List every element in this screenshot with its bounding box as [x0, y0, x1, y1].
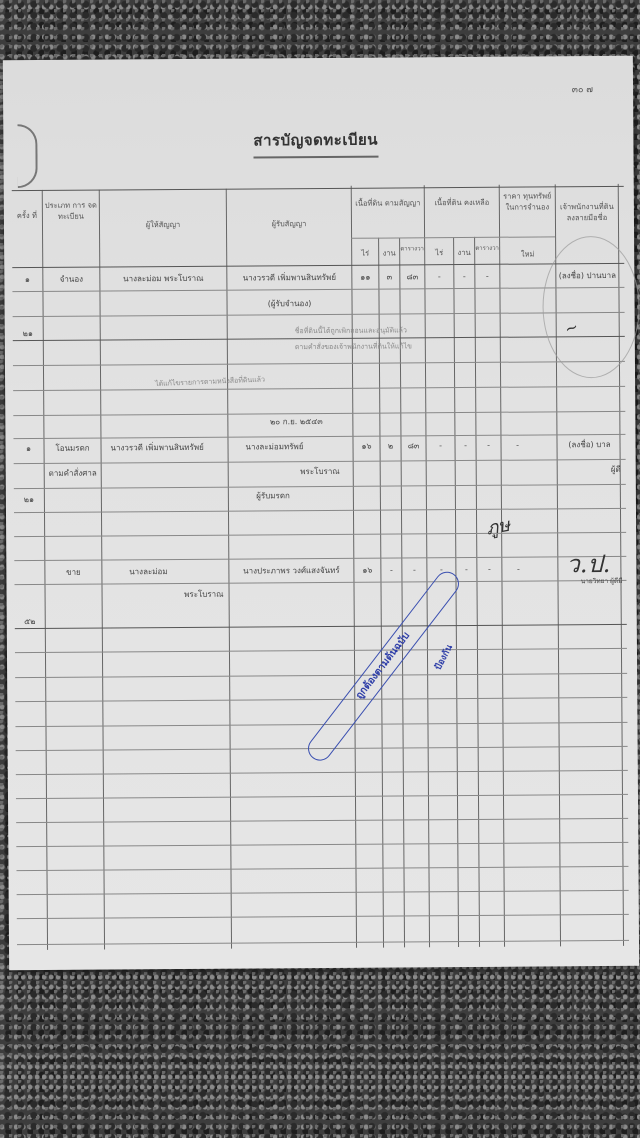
row2-grantee: นางละม่อมทรัพย์	[245, 441, 351, 453]
row2-type-line2: ตามคำสั่งศาล	[46, 468, 100, 479]
header-grantee: ผู้รับสัญญา	[228, 218, 350, 230]
row2-price: -	[502, 440, 532, 451]
row3-price: -	[503, 564, 533, 575]
row1-grantee-note: (ผู้รับจำนอง)	[229, 298, 351, 310]
row-divider	[12, 287, 624, 292]
row-divider	[17, 914, 629, 919]
row3-ngan: -	[381, 564, 401, 575]
header-price: ราคา ทุนทรัพย์ ในการจำนอง	[501, 190, 554, 212]
header-rem-wa: ตารางวา	[475, 243, 499, 254]
row3-grantor: นางละม่อม	[103, 566, 193, 578]
header-area-contract: เนื้อที่ดิน ตามสัญญา	[353, 197, 423, 208]
row-divider	[15, 673, 627, 678]
row-divider	[12, 263, 624, 269]
header-new: ใหม่	[501, 248, 554, 259]
row1-rem-ngan: -	[454, 271, 474, 282]
row3-grantor-line2: พระโบราณ	[104, 589, 224, 601]
header-officer: เจ้าพนักงานที่ดิน ลงลายมือชื่อ	[557, 201, 617, 223]
row-divider	[16, 770, 628, 775]
row-divider	[16, 794, 628, 799]
row-divider	[15, 648, 627, 653]
row2-grantee-line2: พระโบราณ	[230, 466, 340, 478]
row3-rem-wa: -	[477, 564, 501, 575]
row2-type: โอนมรดก	[46, 443, 100, 454]
header-rem-ngan: งาน	[454, 247, 474, 258]
row-divider	[14, 556, 626, 561]
row3-grantee: นางประภาพร วงศ์แสงจันทร์	[230, 565, 352, 577]
row1-rem-rai: -	[425, 271, 453, 282]
header-area-remaining: เนื้อที่ดิน คงเหลือ	[426, 197, 498, 209]
row1-rai: ๑๑	[352, 272, 378, 283]
row-divider	[17, 940, 629, 945]
row1-ngan: ๓	[379, 271, 399, 282]
row-divider	[13, 312, 625, 317]
row3-rem-ngan: -	[456, 564, 476, 575]
row-divider	[14, 508, 626, 513]
header-no: ครั้ง ที่	[12, 210, 42, 221]
row2-rem-rai: -	[426, 440, 454, 451]
faint-note: ตามคำสั่งของเจ้าพนักงานที่ดินให้แก้ไข	[295, 341, 412, 353]
header-type: ประเภท การ จดทะเบียน	[44, 200, 98, 222]
official-seal	[542, 236, 640, 379]
row2-no: ๑	[14, 443, 44, 454]
registration-table: ครั้ง ที่ ประเภท การ จดทะเบียน ผู้ให้สัญ…	[3, 56, 639, 970]
row1-grantor: นางละม่อม พระโบราณ	[101, 273, 225, 285]
row1-no: ๑	[12, 274, 42, 285]
row2-rem-ngan: -	[455, 440, 475, 451]
row3-rai: ๑๖	[354, 565, 380, 576]
row-divider	[14, 532, 626, 537]
row1-wa: ๘๓	[400, 271, 424, 282]
faint-note: ชื่อที่ดินนี้ได้ถูกเพิกถอนและอนุมัติแล้ว	[295, 325, 407, 337]
row2-wa: ๘๓	[401, 440, 425, 451]
row-divider	[17, 890, 629, 895]
row-divider	[13, 434, 625, 439]
header-wa: ตารางวา	[400, 243, 424, 254]
row1-rem-wa: -	[475, 271, 499, 282]
header-ngan: งาน	[379, 247, 399, 258]
row2-grantee-line3: ผู้รับมรดก	[230, 490, 290, 501]
row-divider	[16, 818, 628, 823]
row2-side-mark: ๒๑	[14, 494, 44, 505]
row3-type: ขาย	[46, 567, 100, 578]
row-divider	[14, 484, 626, 489]
row-divider	[15, 697, 627, 702]
row-divider	[16, 842, 628, 847]
row2-rai: ๑๖	[353, 441, 379, 452]
row2-officer-line2: ผู้ดี	[559, 464, 621, 475]
header-rai: ไร่	[352, 248, 378, 259]
header-rem-rai: ไร่	[425, 247, 453, 258]
row1-side-mark: ๒๑	[13, 328, 43, 339]
row-divider	[15, 624, 627, 630]
row1-grantee: นางวรวดี เพิ่มพานสินทรัพย์	[228, 272, 350, 284]
registration-document: ๓๐ ๗ สารบัญจดทะเบียน	[3, 56, 639, 970]
header-grantor: ผู้ให้สัญญา	[101, 219, 225, 231]
row2-date: ๒๐ ก.ย. ๒๕๔๓	[235, 416, 357, 428]
row1-type: จำนอง	[44, 274, 98, 285]
row3-side-mark: ๕๒	[15, 616, 45, 627]
row2-ngan: ๒	[380, 440, 400, 451]
row-divider	[13, 361, 625, 366]
row-divider	[16, 866, 628, 871]
row2-rem-wa: -	[476, 440, 500, 451]
margin-signature: ภูษ	[484, 510, 513, 543]
row3-wa: -	[402, 564, 426, 575]
row2-grantor: นางวรวดี เพิ่มพานสินทรัพย์	[103, 441, 261, 453]
row-divider	[13, 386, 625, 391]
row3-officer-line2: นายวิทยา ผู้ดีมี	[546, 576, 622, 588]
row2-officer: (ลงชื่อ) บาล	[558, 439, 620, 450]
row-divider	[14, 580, 626, 585]
row-divider	[14, 459, 626, 464]
